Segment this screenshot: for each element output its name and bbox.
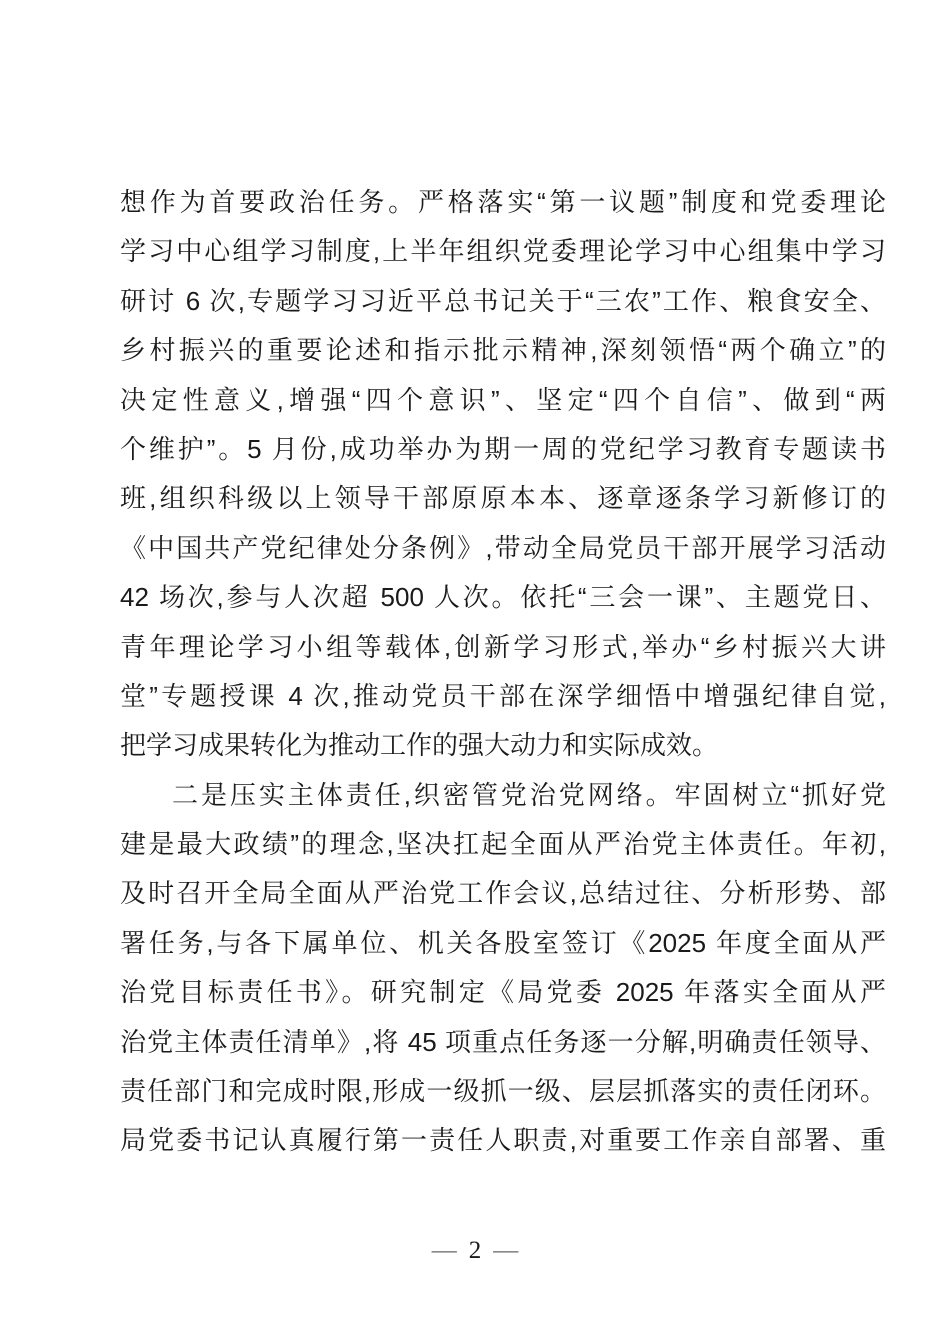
body-text-line: 治党目标责任书》。研究制定《局党委 2025 年落实全面从严 — [120, 968, 886, 1017]
body-text-line: 乡村振兴的重要论述和指示批示精神,深刻领悟“两个确立”的 — [120, 326, 886, 375]
body-text-line: 研讨 6 次,专题学习习近平总书记关于“三农”工作、粮食安全、 — [120, 277, 886, 326]
document-page: 想作为首要政治任务。严格落实“第一议题”制度和党委理论 学习中心组学习制度,上半… — [0, 0, 950, 1344]
body-text-line: 治党主体责任清单》,将 45 项重点任务逐一分解,明确责任领导、 — [120, 1018, 886, 1067]
footer-page-number: 2 — [469, 1237, 482, 1264]
body-text-line: 《中国共产党纪律处分条例》,带动全局党员干部开展学习活动 — [120, 524, 886, 573]
body-text-line: 决定性意义,增强“四个意识”、坚定“四个自信”、做到“两 — [120, 376, 886, 425]
footer-dash-left: — — [432, 1237, 457, 1264]
body-text-line: 青年理论学习小组等载体,创新学习形式,举办“乡村振兴大讲 — [120, 623, 886, 672]
body-text-line: 署任务,与各下属单位、机关各股室签订《2025 年度全面从严 — [120, 919, 886, 968]
body-text-line: 建是最大政绩”的理念,坚决扛起全面从严治党主体责任。年初, — [120, 820, 886, 869]
document-body-text: 想作为首要政治任务。严格落实“第一议题”制度和党委理论 学习中心组学习制度,上半… — [120, 178, 886, 1166]
body-text-line: 个维护”。5 月份,成功举办为期一周的党纪学习教育专题读书 — [120, 425, 886, 474]
body-text-line-paragraph-end: 把学习成果转化为推动工作的强大动力和实际成效。 — [120, 721, 886, 770]
page-number-footer: —2— — [0, 1236, 950, 1266]
body-text-line: 42 场次,参与人次超 500 人次。依托“三会一课”、主题党日、 — [120, 573, 886, 622]
body-text-line: 责任部门和完成时限,形成一级抓一级、层层抓落实的责任闭环。 — [120, 1067, 886, 1116]
body-text-line: 局党委书记认真履行第一责任人职责,对重要工作亲自部署、重 — [120, 1116, 886, 1165]
body-text-line-paragraph-start: 二是压实主体责任,织密管党治党网络。牢固树立“抓好党 — [120, 771, 886, 820]
body-text-line: 班,组织科级以上领导干部原原本本、逐章逐条学习新修订的 — [120, 474, 886, 523]
body-text-line: 及时召开全局全面从严治党工作会议,总结过往、分析形势、部 — [120, 869, 886, 918]
body-text-line: 想作为首要政治任务。严格落实“第一议题”制度和党委理论 — [120, 178, 886, 227]
footer-dash-right: — — [493, 1237, 518, 1264]
body-text-line: 堂”专题授课 4 次,推动党员干部在深学细悟中增强纪律自觉, — [120, 672, 886, 721]
body-text-line: 学习中心组学习制度,上半年组织党委理论学习中心组集中学习 — [120, 227, 886, 276]
